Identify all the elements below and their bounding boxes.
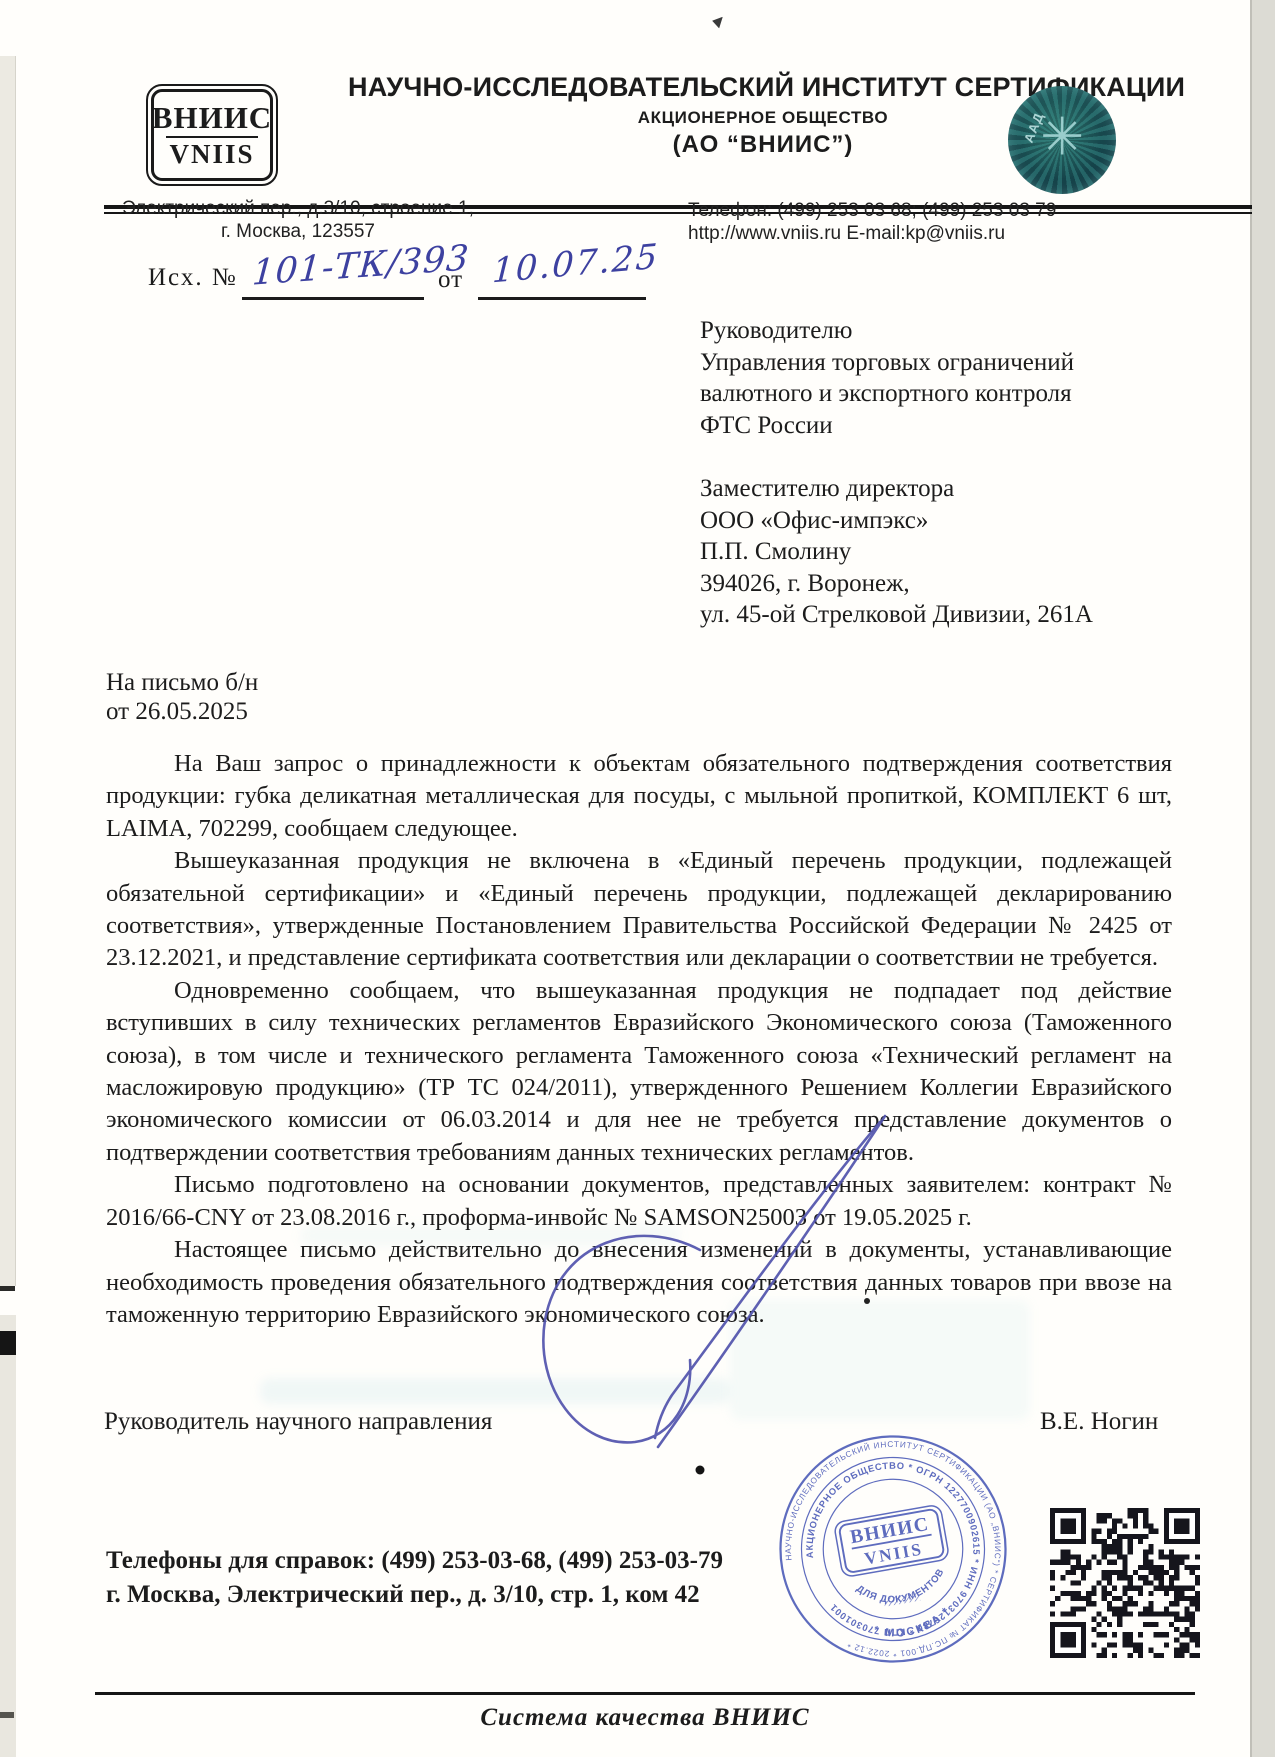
scan-edge-bottom-mark <box>0 1712 14 1718</box>
scan-edge-dark-line <box>0 1286 15 1291</box>
round-stamp: НАУЧНО-ИССЛЕДОВАТЕЛЬСКИЙ ИНСТИТУТ СЕРТИФ… <box>773 1429 1013 1669</box>
logo-divider <box>166 136 258 138</box>
reference-note: На письмо б/н от 26.05.2025 <box>106 668 258 726</box>
vniis-logo: ВНИИС VNIIS <box>146 84 278 186</box>
number-underline <box>242 297 424 300</box>
signer-name: В.Е. Ногин <box>1040 1408 1158 1436</box>
contacts-block: Телефоны для справок: (499) 253-03-68, (… <box>106 1544 723 1612</box>
reference-note-line-2: от 26.05.2025 <box>106 697 258 726</box>
letterhead-address: Электрический пер., д.3/10, строение 1, … <box>108 197 488 243</box>
quality-system-line: Система качества ВНИИС <box>95 1704 1195 1732</box>
recipient-line: ул. 45-ой Стрелковой Дивизии, 261А <box>700 599 1093 631</box>
recipient-line: Руководителю <box>700 315 1093 347</box>
contacts-line-1: Телефоны для справок: (499) 253-03-68, (… <box>106 1544 723 1578</box>
scan-edge-left-lower <box>0 1315 16 1757</box>
recipient-line: ФТС России <box>700 410 1093 442</box>
logo-text-ru: ВНИИС <box>152 102 272 135</box>
recipient-line: 394026, г. Воронеж, <box>700 568 1093 600</box>
scan-edge-right <box>1250 0 1275 1757</box>
phone-line: Телефон: (499) 253 03 68; (499) 253 03 7… <box>688 199 1088 222</box>
body-paragraph-3: Одновременно сообщаем, что вышеуказанная… <box>106 975 1172 1169</box>
body-paragraph-2: Вышеуказанная продукция не включена в «Е… <box>106 845 1172 975</box>
date-underline <box>478 297 646 300</box>
svg-text:ДЛЯ ДОКУМЕНТОВ: ДЛЯ ДОКУМЕНТОВ <box>852 1565 951 1612</box>
body-paragraph-1: На Ваш запрос о принадлежности к объекта… <box>106 748 1172 845</box>
body-paragraph-4: Письмо подготовлено на основании докумен… <box>106 1169 1172 1234</box>
hologram-sticker: ✳ ААД <box>1008 86 1116 194</box>
reference-note-line-1: На письмо б/н <box>106 668 258 697</box>
hologram-snowflake-icon: ✳ <box>1040 108 1084 168</box>
contacts-line-2: г. Москва, Электрический пер., д. 3/10, … <box>106 1578 723 1612</box>
recipient-line: Управления торговых ограничений <box>700 347 1093 379</box>
recipient-line: валютного и экспортного контроля <box>700 378 1093 410</box>
scan-edge-left <box>0 56 16 1286</box>
stamp-ghost-smudge <box>260 1378 730 1404</box>
scanned-letter-page: ВНИИС VNIIS НАУЧНО-ИССЛЕДОВАТЕЛЬСКИЙ ИНС… <box>0 0 1275 1757</box>
letterhead-contacts: Телефон: (499) 253 03 68; (499) 253 03 7… <box>688 199 1088 245</box>
outgoing-from-label: от <box>438 266 463 294</box>
letter-body: На Ваш запрос о принадлежности к объекта… <box>106 748 1172 1331</box>
qr-code <box>1050 1508 1200 1658</box>
scan-speck <box>711 15 723 28</box>
logo-text-en: VNIIS <box>169 140 254 168</box>
recipient-block-1: Руководителю Управления торговых огранич… <box>700 315 1093 441</box>
outgoing-date-handwritten: 10.07.25 <box>491 237 660 292</box>
body-paragraph-5: Настоящее письмо действительно до внесен… <box>106 1234 1172 1331</box>
scan-edge-black-block <box>0 1331 16 1355</box>
address-line-1: Электрический пер., д.3/10, строение 1, <box>108 197 488 220</box>
signer-position: Руководитель научного направления <box>104 1408 492 1436</box>
web-line: http://www.vniis.ru E-mail:kp@vniis.ru <box>688 222 1088 245</box>
footer-rule <box>95 1692 1195 1695</box>
ink-blob <box>696 1466 705 1475</box>
recipient-block-2: Заместителю директора ООО «Офис-импэкс» … <box>700 473 1093 631</box>
stamp-for-documents-text: ДЛЯ ДОКУМЕНТОВ <box>852 1565 951 1612</box>
recipient-line: Заместителю директора <box>700 473 1093 505</box>
address-line-2: г. Москва, 123557 <box>108 220 488 243</box>
recipient-block: Руководителю Управления торговых огранич… <box>700 315 1093 631</box>
recipient-line: П.П. Смолину <box>700 536 1093 568</box>
outgoing-number-label: Исх. № <box>148 264 238 292</box>
recipient-line: ООО «Офис-импэкс» <box>700 505 1093 537</box>
